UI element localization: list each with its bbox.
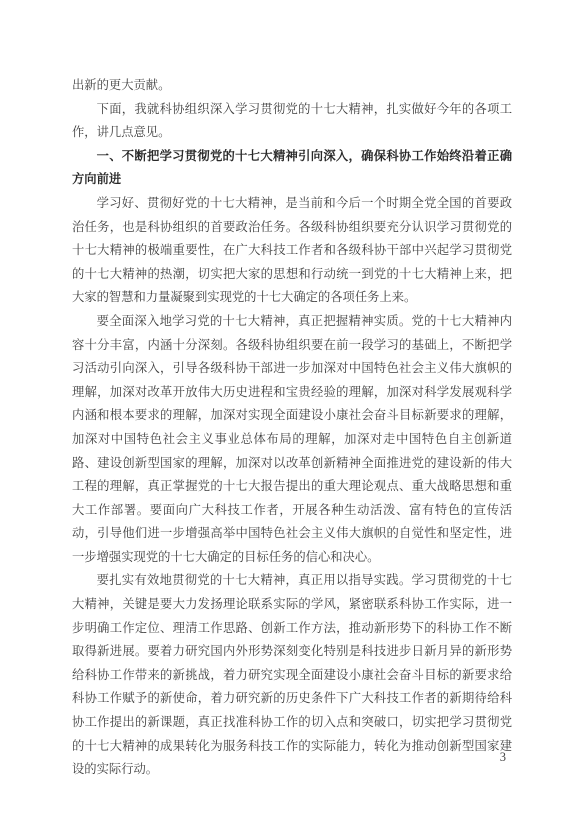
paragraph-study-importance: 学习好、贯彻好党的十七大精神，是当前和今后一个时期全党全国的首要政治任务，也是科…: [72, 192, 512, 310]
document-page: 出新的更大贡献。 下面，我就科协组织深入学习贯彻党的十七大精神，扎实做好今年的各…: [0, 0, 580, 819]
paragraph-implement-practice: 要扎实有效地贯彻党的十七大精神，真正用以指导实践。学习贯彻党的十七大精神，关键是…: [72, 569, 512, 781]
paragraph-deepen-understanding: 要全面深入地学习党的十七大精神，真正把握精神实质。党的十七大精神内容十分丰富，内…: [72, 310, 512, 570]
section-heading: 一、不断把学习贯彻党的十七大精神引向深入，确保科协工作始终沿着正确方向前进: [72, 145, 512, 192]
paragraph-intro: 下面，我就科协组织深入学习贯彻党的十七大精神，扎实做好今年的各项工作，讲几点意见…: [72, 98, 512, 145]
page-number: 3: [500, 748, 506, 766]
paragraph-continuation: 出新的更大贡献。: [72, 74, 512, 98]
document-body: 出新的更大贡献。 下面，我就科协组织深入学习贯彻党的十七大精神，扎实做好今年的各…: [72, 74, 512, 782]
